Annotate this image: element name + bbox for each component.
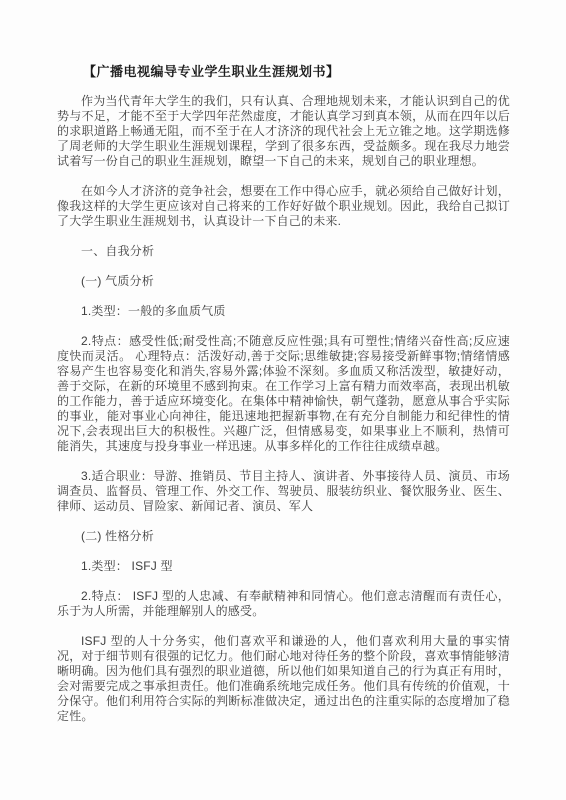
- character-traits: 2.特点： ISFJ 型的人忠减、有奉献精神和同情心。他们意志清醒而有责任心，乐…: [57, 589, 510, 619]
- character-traits-detail: ISFJ 型的人十分务实，他们喜欢平和谦逊的人，他们喜欢利用大量的事实情况，对于…: [57, 634, 510, 724]
- temperament-type: 1.类型：一般的多血质气质: [57, 304, 510, 319]
- intro-paragraph-1: 作为当代青年大学生的我们，只有认真、合理地规划未来，才能认识到自己的优势与不足，…: [57, 94, 510, 169]
- character-type: 1.类型： ISFJ 型: [57, 559, 510, 574]
- temperament-suitable-careers: 3.适合职业：导游、推销员、节目主持人、演讲者、外事接待人员、演员、市场调查员、…: [57, 469, 510, 514]
- document-title: 【广播电视编导专业学生职业生涯规划书】: [57, 64, 510, 80]
- temperament-traits: 2.特点：感受性低;耐受性高;不随意反应性强;具有可塑性;情绪兴奋性高;反应速度…: [57, 334, 510, 454]
- heading-character-analysis: (二) 性格分析: [57, 529, 510, 544]
- heading-self-analysis: 一、自我分析: [57, 244, 510, 259]
- intro-paragraph-2: 在如今人才济济的竞争社会，想要在工作中得心应手，就必须给自己做好计划，像我这样的…: [57, 184, 510, 229]
- document-body: 【广播电视编导专业学生职业生涯规划书】 作为当代青年大学生的我们，只有认真、合理…: [57, 64, 510, 739]
- heading-temperament-analysis: (一) 气质分析: [57, 274, 510, 289]
- document-page: 【广播电视编导专业学生职业生涯规划书】 作为当代青年大学生的我们，只有认真、合理…: [0, 0, 566, 800]
